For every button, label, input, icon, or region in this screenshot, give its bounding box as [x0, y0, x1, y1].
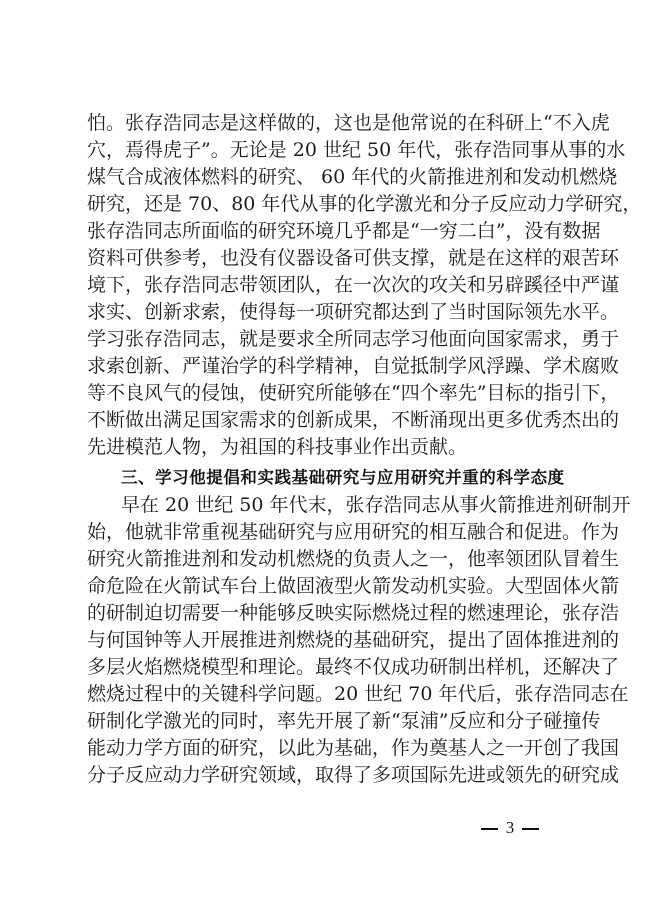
- text-line: 怕。张存浩同志是这样做的，这也是他常说的在科研上“不入虎: [87, 110, 565, 137]
- text-line: 不断做出满足国家需求的创新成果，不断涌现出更多优秀杰出的: [87, 407, 565, 434]
- document-page: 怕。张存浩同志是这样做的，这也是他常说的在科研上“不入虎 穴，焉得虎子”。无论是…: [0, 0, 650, 919]
- text-line: 煤气合成液体燃料的研究、 60 年代的火箭推进剂和发动机燃烧: [87, 164, 565, 191]
- page-number-value: 3: [506, 818, 515, 837]
- text-line: 张存浩同志所面临的研究环境几乎都是“一穷二白”，没有数据: [87, 218, 565, 245]
- text-line: 境下，张存浩同志带领团队，在一次次的攻关和另辟蹊径中严谨: [87, 272, 565, 299]
- dash-left: [481, 828, 498, 830]
- text-line: 燃烧过程中的关键科学问题。20 世纪 70 年代后，张存浩同志在: [87, 681, 565, 708]
- text-line: 始，他就非常重视基础研究与应用研究的相互融合和促进。作为: [87, 519, 565, 546]
- text-line: 资料可供参考，也没有仪器设备可供支撑，就是在这样的艰苦环: [87, 245, 565, 272]
- text-line: 分子反应动力学研究领域，取得了多项国际先进或领先的研究成: [87, 762, 565, 789]
- text-line: 能动力学方面的研究，以此为基础，作为奠基人之一开创了我国: [87, 735, 565, 762]
- text-line: 求索创新、严谨治学的科学精神，自觉抵制学风浮躁、学术腐败: [87, 353, 565, 380]
- text-line: 学习张存浩同志，就是要求全所同志学习他面向国家需求，勇于: [87, 326, 565, 353]
- text-line: 命危险在火箭试车台上做固液型火箭发动机实验。大型固体火箭: [87, 573, 565, 600]
- dash-right: [522, 828, 539, 830]
- text-line: 研究火箭推进剂和发动机燃烧的负责人之一，他率领团队冒着生: [87, 546, 565, 573]
- text-line: 穴，焉得虎子”。无论是 20 世纪 50 年代，张存浩同事从事的水: [87, 137, 565, 164]
- text-line: 与何国钟等人开展推进剂燃烧的基础研究，提出了固体推进剂的: [87, 627, 565, 654]
- text-line: 研制化学激光的同时，率先开展了新“泵浦”反应和分子碰撞传: [87, 708, 565, 735]
- section-heading: 三、学习他提倡和实践基础研究与应用研究并重的科学态度: [121, 464, 564, 491]
- text-line: 先进模范人物，为祖国的科技事业作出贡献。: [87, 434, 565, 461]
- text-line: 求实、创新求索，使得每一项研究都达到了当时国际领先水平。: [87, 299, 565, 326]
- paragraph-block-1: 怕。张存浩同志是这样做的，这也是他常说的在科研上“不入虎 穴，焉得虎子”。无论是…: [87, 110, 565, 461]
- text-line: 等不良风气的侵蚀，使研究所能够在“四个率先”目标的指引下，: [87, 380, 565, 407]
- text-line: 早在 20 世纪 50 年代末，张存浩同志从事火箭推进剂研制开: [87, 492, 565, 519]
- text-line: 研究，还是 70、80 年代从事的化学激光和分子反应动力学研究，: [87, 191, 565, 218]
- paragraph-block-2: 早在 20 世纪 50 年代末，张存浩同志从事火箭推进剂研制开 始，他就非常重视…: [87, 492, 565, 789]
- text-line: 多层火焰燃烧模型和理论。最终不仅成功研制出样机，还解决了: [87, 654, 565, 681]
- page-number: 3: [470, 816, 550, 840]
- text-line: 的研制迫切需要一种能够反映实际燃烧过程的燃速理论，张存浩: [87, 600, 565, 627]
